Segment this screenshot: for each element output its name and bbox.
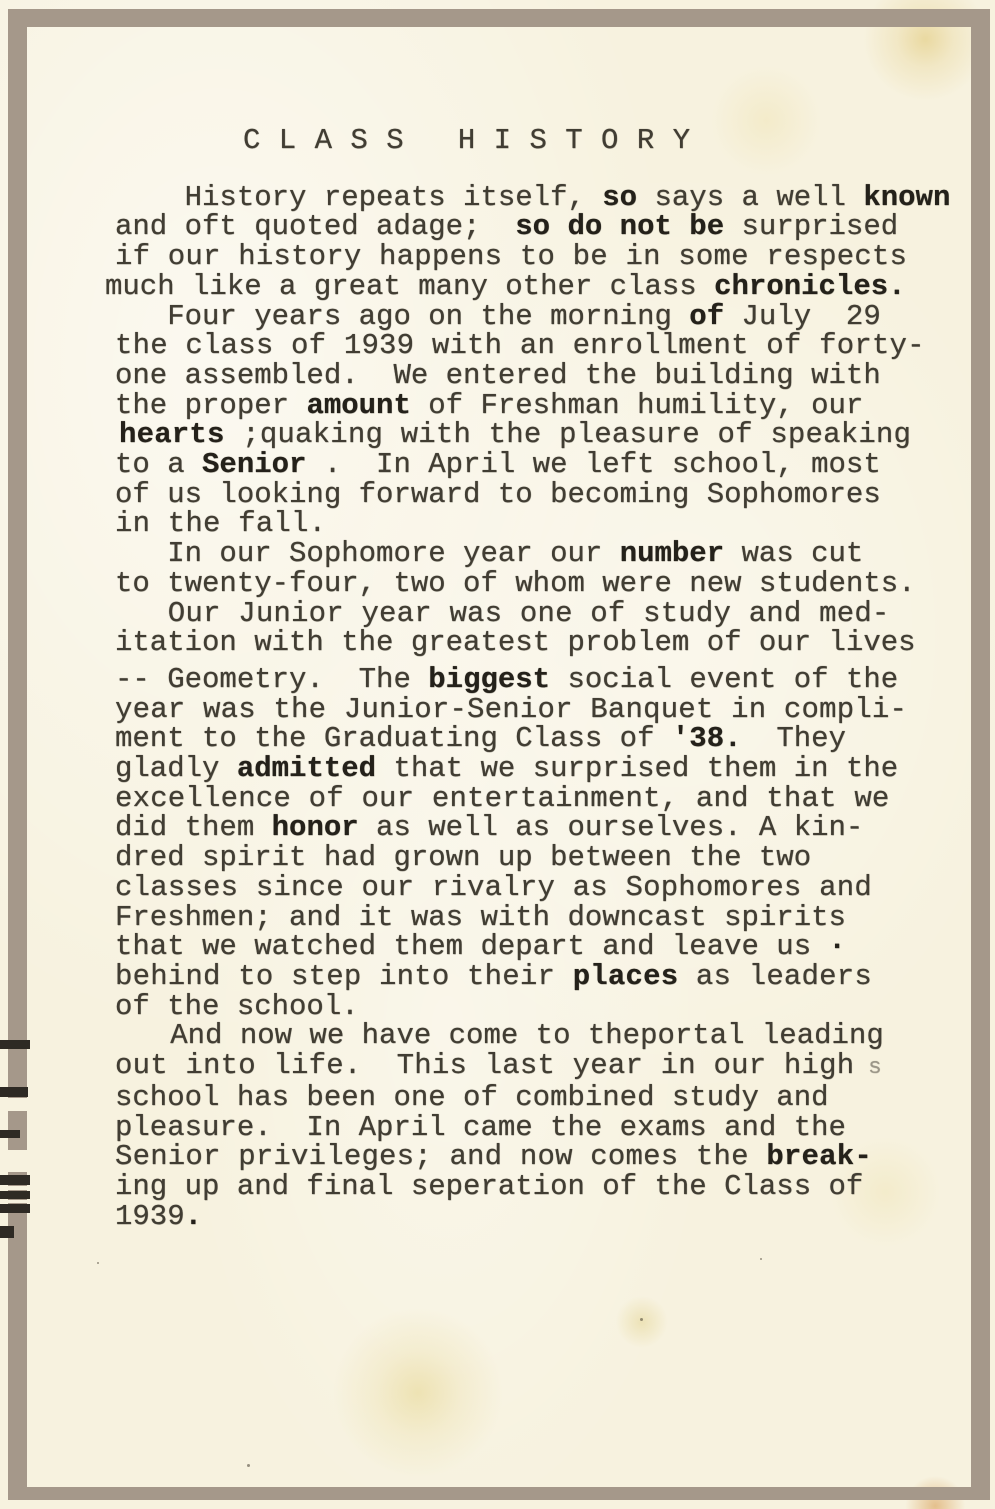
text-segment: number [620,537,724,570]
typewritten-text: C L A S S H I S T O R Y History repeats … [115,126,975,1231]
text-segment: biggest [428,663,550,696]
text-segment: classes since our rivalry as Sophomores … [115,871,872,904]
text-segment: known [863,181,950,214]
text-line: in the fall. [115,509,975,539]
scan-artifact [0,1098,28,1111]
scan-artifact [0,1130,20,1138]
text-line: excellence of our entertainment, and tha… [115,784,975,814]
text-segment: amount [306,389,410,422]
text-segment: the class of 1939 with an enrollment of … [115,329,925,362]
text-segment: to twenty-four, two of whom were new stu… [115,567,916,600]
text-line: out into life. This last year in our hig… [115,1051,975,1083]
text-segment: behind to step into their [115,960,573,993]
text-segment: -- Geometry. The [115,663,428,696]
text-line: did them honor as well as ourselves. A k… [115,813,975,843]
text-line: History repeats itself, so says a well k… [115,183,975,213]
text-line: Four years ago on the morning of July 29 [115,302,975,332]
text-line: school has been one of combined study an… [115,1083,975,1113]
text-segment: July 29 [724,300,881,333]
paper-speck [760,1258,762,1260]
body-text: History repeats itself, so says a well k… [115,183,975,1232]
text-segment: so do not be [515,210,724,243]
text-segment: the proper [115,389,306,422]
paper-speck [97,1262,99,1264]
text-segment: school has been one of combined study an… [115,1081,829,1114]
text-segment: social event of the [550,663,898,696]
text-segment: In our Sophomore year our [115,537,620,570]
text-segment: pleasure. In April came the exams and th… [115,1111,846,1144]
text-segment: itation with the greatest problem of our… [115,626,916,659]
text-segment: and oft quoted adage; [115,210,515,243]
text-segment: . In April we left school, most [306,448,880,481]
text-line: ment to the Graduating Class of '38. The… [115,724,975,754]
text-segment: Four years ago on the morning [115,300,689,333]
text-segment: that we surprised them in the [376,752,898,785]
text-segment: honor [272,811,359,844]
text-line: one assembled. We entered the building w… [115,361,975,391]
text-line: much like a great many other class chron… [105,272,965,302]
paper-speck [247,1464,250,1467]
text-segment: excellence of our entertainment, and tha… [115,782,890,815]
scan-artifact [0,1150,30,1172]
text-line: of the school. [115,992,975,1022]
text-segment: '38. [672,722,742,755]
text-line: if our history happens to be in some res… [115,242,975,272]
text-segment: says a well [637,181,863,214]
text-line: Senior privileges; and now comes the bre… [115,1142,975,1172]
text-segment: of [689,300,724,333]
text-segment: out into life. This last year in our hig… [115,1049,854,1082]
text-line: to a Senior . In April we left school, m… [115,450,975,480]
text-segment: in the fall. [115,507,326,540]
text-segment: to a [115,448,202,481]
text-segment: as well as ourselves. A kin- [359,811,864,844]
text-line: to twenty-four, two of whom were new stu… [115,569,975,599]
text-line: itation with the greatest problem of our… [115,628,975,658]
text-segment: ment to the Graduating Class of [115,722,672,755]
scan-artifact [0,1186,30,1190]
text-segment: Our Junior year was one of study and med… [115,597,890,630]
text-segment: of the school. [115,990,359,1023]
text-segment: that we watched them depart and leave us [115,930,829,963]
text-segment: hearts [119,418,225,451]
text-segment: chronicles. [714,270,905,303]
text-segment: was cut [724,537,863,570]
text-segment: ∙ [829,930,846,963]
scan-artifact [0,1040,30,1049]
text-line: that we watched them depart and leave us… [115,932,975,962]
paper-speck [640,1318,643,1321]
text-segment: s [854,1054,882,1080]
text-segment: They [742,722,846,755]
text-line: Our Junior year was one of study and med… [115,599,975,629]
text-line: -- Geometry. The biggest social event of… [115,665,975,695]
text-segment: one assembled. We entered the building w… [115,359,881,392]
text-line: ing up and final seperation of the Class… [115,1172,975,1202]
scan-artifact [0,1200,30,1203]
text-segment: of us looking forward to becoming Sophom… [115,478,881,511]
text-line: In our Sophomore year our number was cut [115,539,975,569]
text-line: gladly admitted that we surprised them i… [115,754,975,784]
page-title: C L A S S H I S T O R Y [243,126,975,156]
text-segment: if our history happens to be in some res… [115,240,907,273]
text-line: pleasure. In April came the exams and th… [115,1113,975,1143]
text-segment: so [602,181,637,214]
text-line: 1939. [115,1202,975,1232]
scan-artifact [0,1087,28,1097]
text-segment: ;quaking with the pleasure of speaking [225,418,912,451]
text-segment: ing up and final seperation of the Class… [115,1170,863,1203]
text-line: the class of 1939 with an enrollment of … [115,331,975,361]
text-line: the proper amount of Freshman humility, … [115,391,975,421]
text-segment: surprised [724,210,898,243]
text-line: behind to step into their places as lead… [115,962,975,992]
text-segment: History repeats itself, [115,181,602,214]
text-segment: of Freshman humility, our [411,389,863,422]
text-segment: did them [115,811,272,844]
text-line: And now we have come to theportal leadin… [118,1021,978,1051]
text-segment: as leaders [678,960,872,993]
text-segment: gladly [115,752,237,785]
text-segment: . [185,1200,202,1233]
scan-artifact [0,1204,30,1213]
text-segment: year was the Junior-Senior Banquet in co… [115,693,907,726]
text-line: classes since our rivalry as Sophomores … [115,873,975,903]
text-segment: Freshmen; and it was with downcast spiri… [115,901,846,934]
text-line: Freshmen; and it was with downcast spiri… [115,903,975,933]
text-segment: break- [766,1140,872,1173]
text-line: hearts ;quaking with the pleasure of spe… [119,420,979,450]
scanned-yearbook-page: C L A S S H I S T O R Y History repeats … [0,0,995,1509]
text-segment: Senior privileges; and now comes the [115,1140,766,1173]
text-segment: Senior [202,448,306,481]
text-segment: places [573,960,679,993]
scan-artifact [0,1191,30,1199]
text-line: dred spirit had grown up between the two [115,843,975,873]
text-segment: admitted [237,752,376,785]
text-line: and oft quoted adage; so do not be surpr… [115,212,975,242]
scan-artifact [0,1175,30,1185]
text-segment: much like a great many other class [105,270,714,303]
text-line: of us looking forward to becoming Sophom… [115,480,975,510]
text-segment: 1939 [115,1200,185,1233]
text-line: year was the Junior-Senior Banquet in co… [115,695,975,725]
text-segment: dred spirit had grown up between the two [115,841,811,874]
text-segment: And now we have come to theportal leadin… [118,1019,884,1052]
scan-artifact [0,1226,14,1238]
